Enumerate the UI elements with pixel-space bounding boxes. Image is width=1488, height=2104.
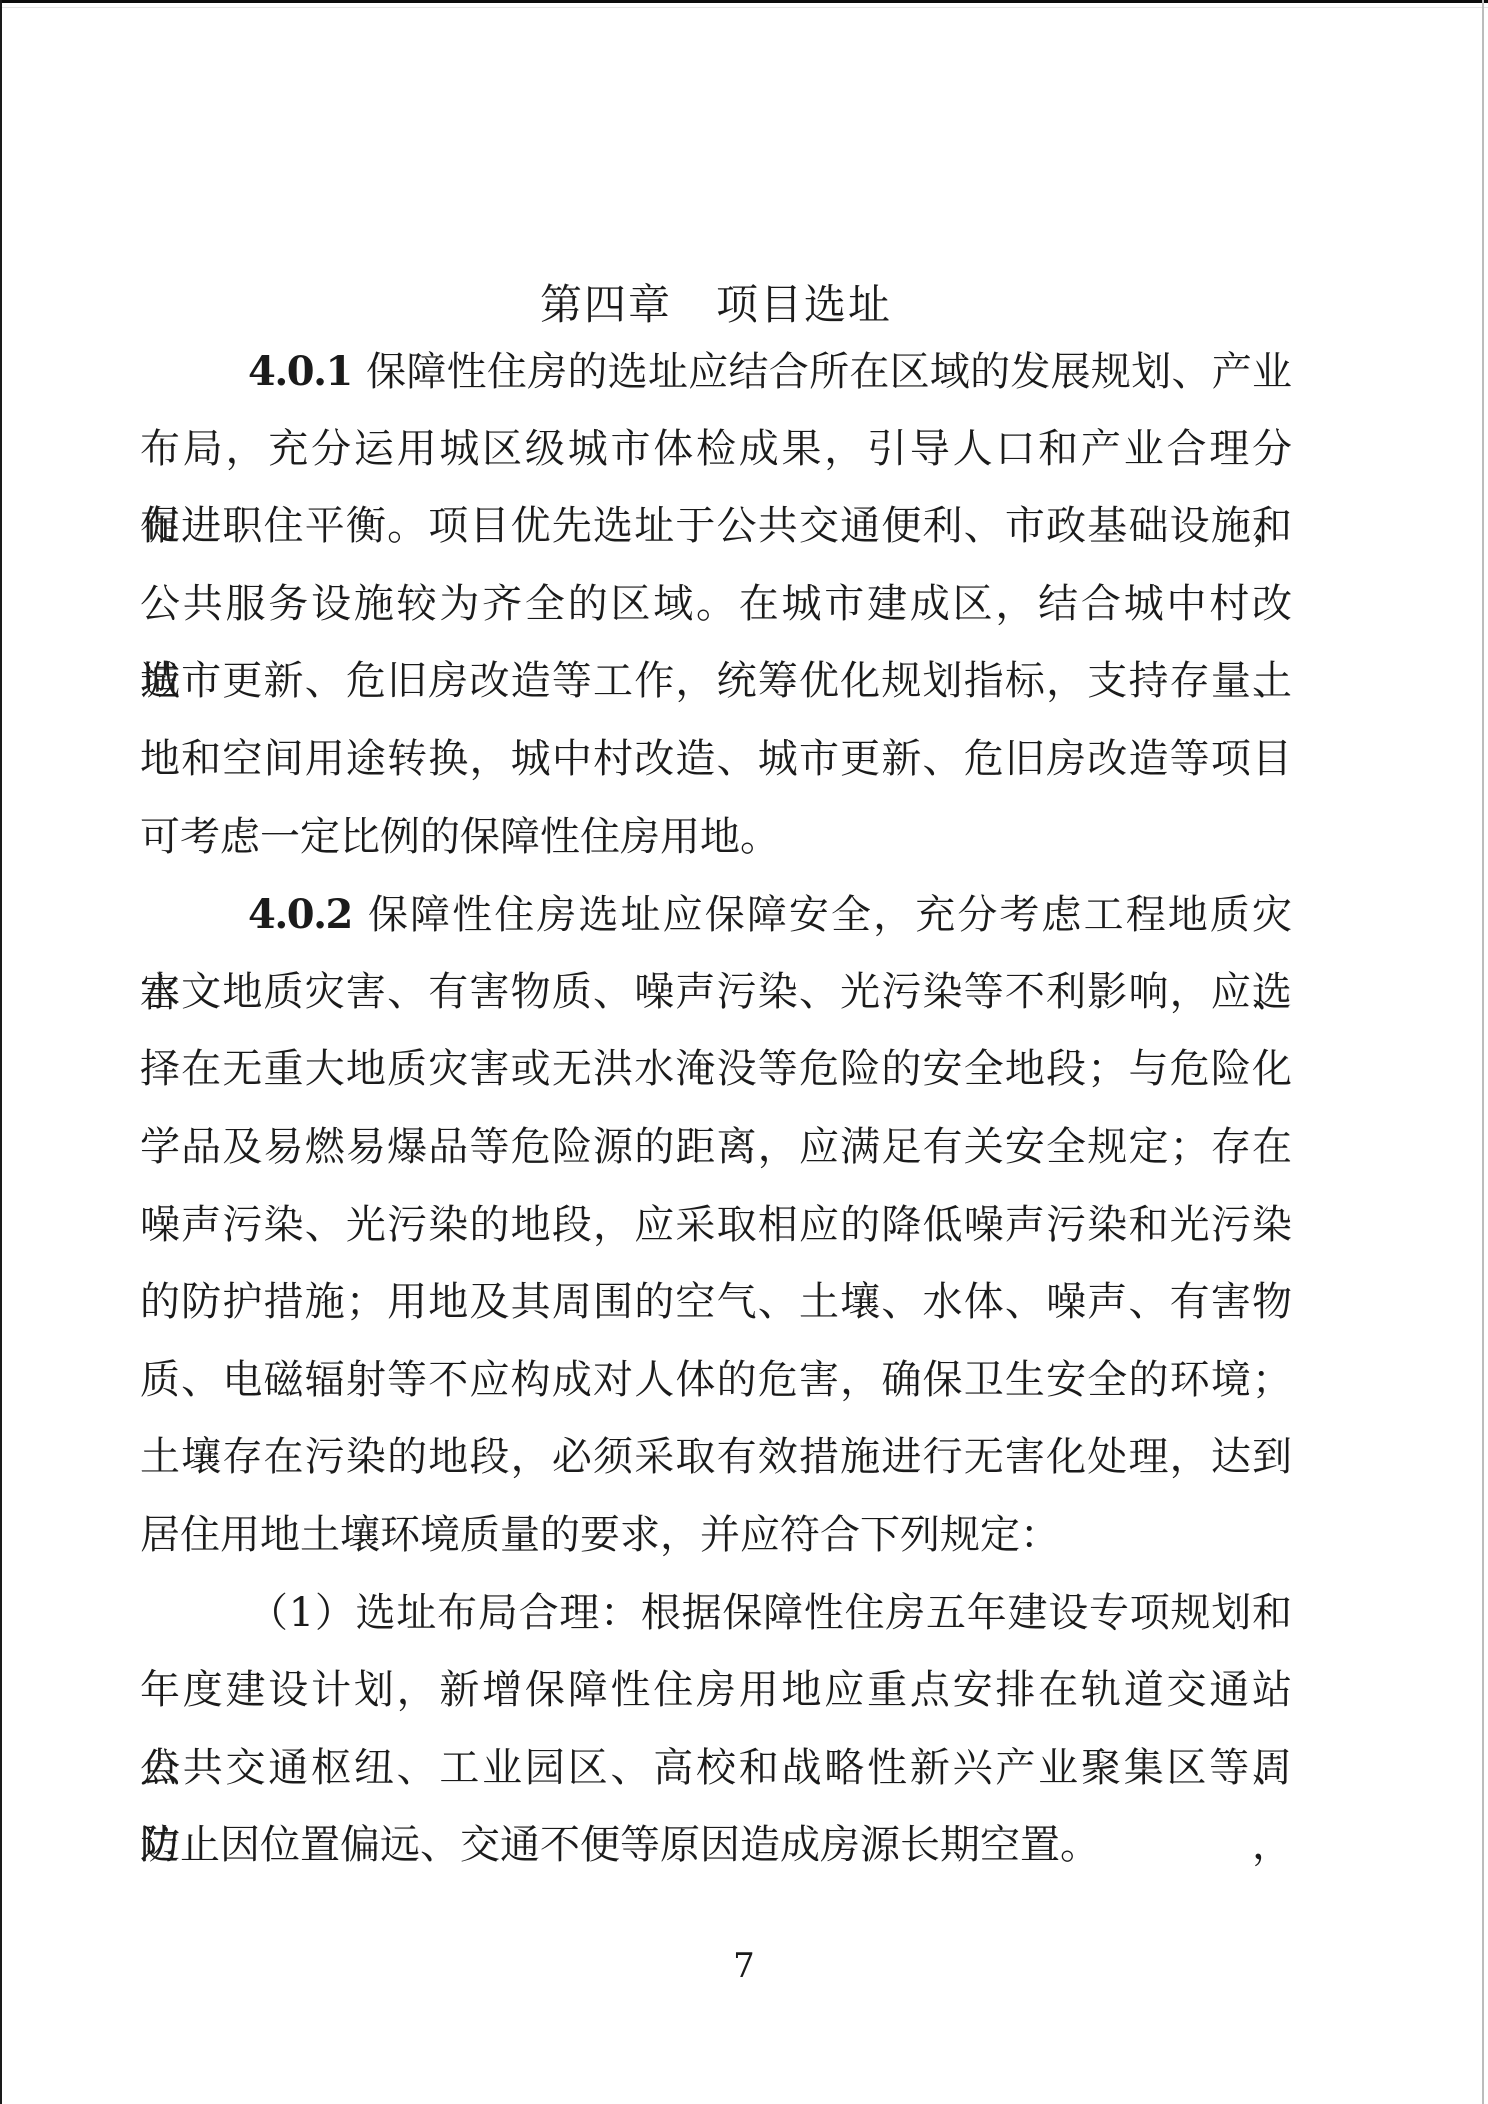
text-line: 4.0.1保障性住房的选址应结合所在区域的发展规划、产业 <box>140 333 1292 411</box>
text-line: 地和空间用途转换，城中村改造、城市更新、危旧房改造等项目 <box>140 721 1292 799</box>
text-run: 保障性住房的选址应结合所在区域的发展规划、产业 <box>366 349 1292 395</box>
clause-number: 4.0.1 <box>248 348 352 395</box>
text-line: 公共交通枢纽、工业园区、高校和战略性新兴产业聚集区等周边， <box>140 1730 1292 1808</box>
text-line: （1）选址布局合理：根据保障性住房五年建设专项规划和 <box>140 1575 1292 1653</box>
text-line: 4.0.2保障性住房选址应保障安全，充分考虑工程地质灾害、 <box>140 876 1292 954</box>
text-line: 公共服务设施较为齐全的区域。在城市建成区，结合城中村改造、 <box>140 566 1292 644</box>
text-line: 择在无重大地质灾害或无洪水淹没等危险的安全地段；与危险化 <box>140 1031 1292 1109</box>
text-line: 噪声污染、光污染的地段，应采取相应的降低噪声污染和光污染 <box>140 1187 1292 1265</box>
clause-number: 4.0.2 <box>248 891 352 938</box>
text-line: 可考虑一定比例的保障性住房用地。 <box>140 799 1292 877</box>
page-number: 7 <box>0 1946 1488 1986</box>
text-line: 质、电磁辐射等不应构成对人体的危害，确保卫生安全的环境； <box>140 1342 1292 1420</box>
scan-edge-right <box>1482 0 1484 2104</box>
scan-edge-top <box>0 0 1488 3</box>
text-line: 布局，充分运用城区级城市体检成果，引导人口和产业合理分布， <box>140 411 1292 489</box>
scan-edge-top-faint <box>0 7 1488 8</box>
text-line: 居住用地土壤环境质量的要求，并应符合下列规定： <box>140 1497 1292 1575</box>
chapter-title: 第四章 项目选址 <box>140 281 1292 329</box>
text-line: 城市更新、危旧房改造等工作，统筹优化规划指标，支持存量土 <box>140 643 1292 721</box>
text-line: 促进职住平衡。项目优先选址于公共交通便利、市政基础设施和 <box>140 488 1292 566</box>
text-line: 学品及易燃易爆品等危险源的距离，应满足有关安全规定；存在 <box>140 1109 1292 1187</box>
document-page: 第四章 项目选址 4.0.1保障性住房的选址应结合所在区域的发展规划、产业 布局… <box>0 0 1488 2104</box>
text-column: 4.0.1保障性住房的选址应结合所在区域的发展规划、产业 布局，充分运用城区级城… <box>140 333 1292 1885</box>
text-line: 年度建设计划，新增保障性住房用地应重点安排在轨道交通站点、 <box>140 1652 1292 1730</box>
text-line: 水文地质灾害、有害物质、噪声污染、光污染等不利影响，应选 <box>140 954 1292 1032</box>
text-line: 土壤存在污染的地段，必须采取有效措施进行无害化处理，达到 <box>140 1419 1292 1497</box>
scan-edge-left <box>0 0 2 2104</box>
text-line: 的防护措施；用地及其周围的空气、土壤、水体、噪声、有害物 <box>140 1264 1292 1342</box>
